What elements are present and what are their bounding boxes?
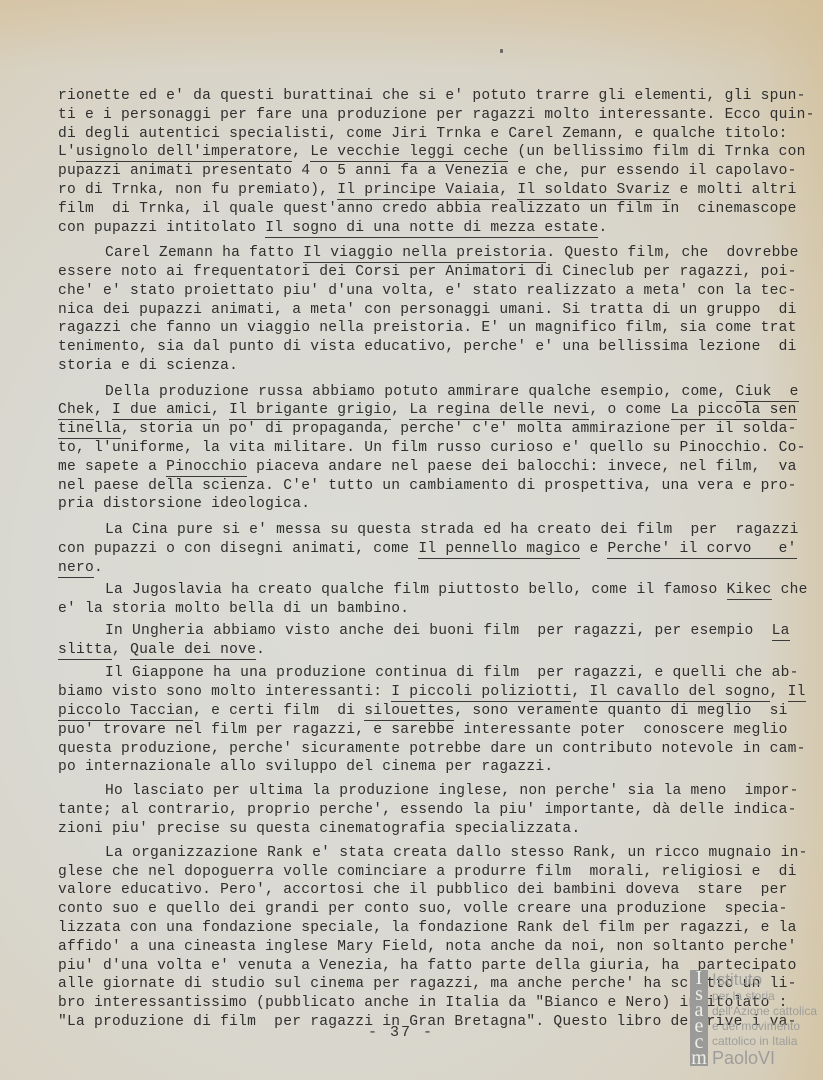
text-segment: ti e i personaggi per fare una produzion…	[58, 107, 815, 123]
text-line: ragazzi che fanno un viaggio nella preis…	[58, 318, 778, 338]
text-segment: In Ungheria abbiamo visto anche dei buon…	[105, 623, 772, 639]
text-line: piu' d'una volta e' venuta a Venezia, ha…	[58, 956, 778, 976]
text-segment: ,	[391, 402, 409, 418]
text-segment: ro di Trnka, non fu premiato),	[58, 182, 337, 198]
text-line: po internazionale allo sviluppo del cine…	[58, 757, 778, 777]
institute-watermark-logo: Isaecm Istitutoper la storiadell'Azione …	[690, 970, 823, 1076]
text-segment: che	[772, 582, 808, 598]
text-segment: puo' trovare nel film per ragazzi, e sar…	[58, 722, 788, 738]
text-segment: La Cina pure si e' messa su questa strad…	[105, 522, 799, 538]
text-line: La Cina pure si e' messa su questa strad…	[105, 520, 778, 540]
text-line: puo' trovare nel film per ragazzi, e sar…	[58, 720, 778, 740]
text-line: con pupazzi o con disegni animati, come …	[58, 539, 778, 559]
text-segment: ,	[770, 684, 788, 700]
text-segment: con pupazzi intitolato	[58, 220, 265, 236]
text-segment: tante; al contrario, proprio perche', es…	[58, 802, 797, 818]
text-segment: ,	[292, 144, 310, 160]
text-segment: .	[598, 220, 607, 236]
text-segment: me sapete a	[58, 459, 166, 475]
underlined-film-title: I piccoli poliziotti	[391, 684, 571, 702]
text-segment: di degli autentici specialisti, come Jir…	[58, 126, 788, 142]
underlined-film-title: La piccola sen	[671, 402, 797, 420]
text-segment: lizzata con una fondazione speciale, la …	[58, 920, 797, 936]
underlined-film-title: slitta	[58, 642, 112, 660]
underlined-film-title: Chek	[58, 402, 94, 420]
text-segment: affido' a una cineasta inglese Mary Fiel…	[58, 939, 797, 955]
text-line: nero.	[58, 558, 778, 578]
text-segment: to, l'uniforme, la vita militare. Un fil…	[58, 440, 806, 456]
text-line: rionette ed e' da questi burattinai che …	[58, 86, 778, 106]
text-segment: , e certi film di	[193, 703, 364, 719]
text-segment: (un bellissimo film di Trnka con	[508, 144, 805, 160]
underlined-film-title: Il brigante grigio	[229, 402, 391, 420]
text-line: essere noto ai frequentatori dei Corsi p…	[58, 262, 778, 282]
text-segment: Della produzione russa abbiamo potuto am…	[105, 384, 736, 400]
text-line: con pupazzi intitolato Il sogno di una n…	[58, 218, 778, 238]
text-line: e' la storia molto bella di un bambino.	[58, 599, 778, 619]
text-segment: valore educativo. Pero', accortosi che i…	[58, 882, 788, 898]
text-line: Carel Zemann ha fatto Il viaggio nella p…	[105, 243, 778, 263]
text-line: me sapete a Pinocchio piaceva andare nel…	[58, 457, 778, 477]
text-segment: film di Trnka, il quale quest'anno credo…	[58, 201, 797, 217]
underlined-film-title: Il viaggio nella preistoria	[303, 245, 546, 263]
underlined-film-title: I due amici	[112, 402, 211, 420]
text-segment: .	[94, 560, 103, 576]
watermark-text-line: e del movimento	[712, 1019, 817, 1034]
text-line: Il Giappone ha una produzione continua d…	[105, 663, 778, 683]
underlined-film-title: tinella	[58, 421, 121, 439]
text-segment: , sono veramente quanto di meglio si	[454, 703, 787, 719]
watermark-monogram: Isaecm	[690, 970, 708, 1066]
text-line: valore educativo. Pero', accortosi che i…	[58, 880, 778, 900]
underlined-film-title: piccolo Taccian	[58, 703, 193, 721]
text-segment: pupazzi animati presentato 4 o 5 anni fa…	[58, 163, 797, 179]
underlined-film-title: Il sogno di una notte di mezza estate	[265, 220, 598, 238]
text-line: slitta, Quale dei nove.	[58, 640, 778, 660]
text-line: Ho lasciato per ultima la produzione ing…	[105, 781, 778, 801]
underlined-film-title: Le vecchie leggi ceche	[310, 144, 508, 162]
text-line: tante; al contrario, proprio perche', es…	[58, 800, 778, 820]
text-segment: . Questo film, che dovrebbe	[546, 245, 798, 261]
text-segment: nica dei pupazzi animati, a meta' con pe…	[58, 302, 797, 318]
text-line: nel paese della scienza. C'e' tutto un c…	[58, 476, 778, 496]
watermark-text-line: Istituto	[712, 970, 817, 989]
page-edge-shading	[0, 0, 823, 70]
text-segment: zioni piu' precise su questa cinematogra…	[58, 821, 580, 837]
text-line: pria distorsione ideologica.	[58, 494, 778, 514]
watermark-text-line: cattolico in Italia	[712, 1034, 817, 1049]
underlined-film-title: Kikec	[727, 582, 772, 600]
text-segment: , o come	[589, 402, 670, 418]
text-segment: alle giornate di studio sul cinema per r…	[58, 976, 797, 992]
text-line: questa produzione, perche' sicuramente p…	[58, 739, 778, 759]
text-segment: con pupazzi o con disegni animati, come	[58, 541, 418, 557]
text-segment: glese che nel dopoguerra volle cominciar…	[58, 864, 797, 880]
text-segment: po internazionale allo sviluppo del cine…	[58, 759, 553, 775]
text-segment: Il Giappone ha una produzione continua d…	[105, 665, 799, 681]
page-number: - 37 -	[368, 1024, 434, 1041]
text-segment: .	[256, 642, 265, 658]
text-line: biamo visto sono molto interessanti: I p…	[58, 682, 778, 702]
underlined-film-title: Perche' il corvo e'	[607, 541, 796, 559]
text-line: pupazzi animati presentato 4 o 5 anni fa…	[58, 161, 778, 181]
text-line: conto suo e quello dei grandi per conto …	[58, 899, 778, 919]
text-line: alle giornate di studio sul cinema per r…	[58, 974, 778, 994]
text-line: La Jugoslavia ha creato qualche film piu…	[105, 580, 778, 600]
watermark-text-line: PaoloVI	[712, 1049, 817, 1067]
underlined-film-title: Il pennello magico	[418, 541, 580, 559]
underlined-film-title: Il soldato Svariz	[517, 182, 670, 200]
page-speck	[500, 49, 503, 53]
text-segment: ,	[112, 642, 130, 658]
text-line: tenimento, sia dal punto di vista educat…	[58, 337, 778, 357]
text-line: tinella, storia un po' di propaganda, pe…	[58, 419, 778, 439]
text-segment: La organizzazione Rank e' stata creata d…	[105, 845, 808, 861]
text-line: bro interessantissimo (pubblicato anche …	[58, 993, 778, 1013]
text-segment: ,	[571, 684, 589, 700]
text-segment: Ho lasciato per ultima la produzione ing…	[105, 783, 799, 799]
text-line: lizzata con una fondazione speciale, la …	[58, 918, 778, 938]
text-line: In Ungheria abbiamo visto anche dei buon…	[105, 621, 778, 641]
text-segment: Carel Zemann ha fatto	[105, 245, 303, 261]
text-segment: ,	[499, 182, 517, 198]
text-segment: rionette ed e' da questi burattinai che …	[58, 88, 806, 104]
text-line: La organizzazione Rank e' stata creata d…	[105, 843, 778, 863]
text-line: L'usignolo dell'imperatore, Le vecchie l…	[58, 142, 778, 162]
underlined-film-title: La regina delle nevi	[409, 402, 589, 420]
text-segment: La Jugoslavia ha creato qualche film piu…	[105, 582, 727, 598]
text-line: to, l'uniforme, la vita militare. Un fil…	[58, 438, 778, 458]
text-segment: bro interessantissimo (pubblicato anche …	[58, 995, 788, 1011]
text-segment: nel paese della scienza. C'e' tutto un c…	[58, 478, 797, 494]
watermark-letter: m	[690, 1050, 708, 1066]
text-line: film di Trnka, il quale quest'anno credo…	[58, 199, 778, 219]
watermark-text-line: dell'Azione cattolica	[712, 1004, 817, 1019]
text-line: storia e di scienza.	[58, 356, 778, 376]
text-segment: ,	[94, 402, 112, 418]
text-line: Chek, I due amici, Il brigante grigio, L…	[58, 400, 778, 420]
underlined-film-title: Il cavallo del sogno	[589, 684, 769, 702]
underlined-film-title: Il	[788, 684, 806, 702]
text-segment: ,	[211, 402, 229, 418]
text-line: di degli autentici specialisti, come Jir…	[58, 124, 778, 144]
text-segment: e	[580, 541, 607, 557]
text-segment: questa produzione, perche' sicuramente p…	[58, 741, 806, 757]
text-segment: biamo visto sono molto interessanti:	[58, 684, 391, 700]
underlined-film-title: Quale dei nove	[130, 642, 256, 660]
text-line: zioni piu' precise su questa cinematogra…	[58, 819, 778, 839]
text-line: affido' a una cineasta inglese Mary Fiel…	[58, 937, 778, 957]
underlined-film-title: usignolo dell'imperatore	[76, 144, 292, 162]
text-line: Della produzione russa abbiamo potuto am…	[105, 382, 778, 402]
text-segment: e' la storia molto bella di un bambino.	[58, 601, 409, 617]
text-segment: piu' d'una volta e' venuta a Venezia, ha…	[58, 958, 797, 974]
text-line: ro di Trnka, non fu premiato), Il princi…	[58, 180, 778, 200]
text-segment: ragazzi che fanno un viaggio nella preis…	[58, 320, 797, 336]
text-segment: storia e di scienza.	[58, 358, 238, 374]
text-line: che' e' stato proiettato piu' d'una volt…	[58, 281, 778, 301]
text-segment: L'	[58, 144, 76, 160]
underlined-film-title: Il principe Vaiaia	[337, 182, 499, 200]
text-segment: piaceva andare nel paese dei balocchi: i…	[247, 459, 796, 475]
underlined-film-title: nero	[58, 560, 94, 578]
text-line: nica dei pupazzi animati, a meta' con pe…	[58, 300, 778, 320]
text-line: ti e i personaggi per fare una produzion…	[58, 105, 778, 125]
underlined-film-title: Pinocchio	[166, 459, 247, 477]
underlined-film-title: silouettes	[364, 703, 454, 721]
watermark-institute-name: Istitutoper la storiadell'Azione cattoli…	[712, 970, 817, 1067]
watermark-text-line: per la storia	[712, 989, 817, 1004]
text-segment: conto suo e quello dei grandi per conto …	[58, 901, 788, 917]
text-segment: pria distorsione ideologica.	[58, 496, 310, 512]
text-segment: tenimento, sia dal punto di vista educat…	[58, 339, 797, 355]
underlined-film-title: La	[772, 623, 790, 641]
text-line: piccolo Taccian, e certi film di silouet…	[58, 701, 778, 721]
text-line: glese che nel dopoguerra volle cominciar…	[58, 862, 778, 882]
text-segment: , storia un po' di propaganda, perche' c…	[121, 421, 797, 437]
text-segment: e molti altri	[671, 182, 797, 198]
text-segment: essere noto ai frequentatori dei Corsi p…	[58, 264, 797, 280]
text-segment: che' e' stato proiettato piu' d'una volt…	[58, 283, 797, 299]
